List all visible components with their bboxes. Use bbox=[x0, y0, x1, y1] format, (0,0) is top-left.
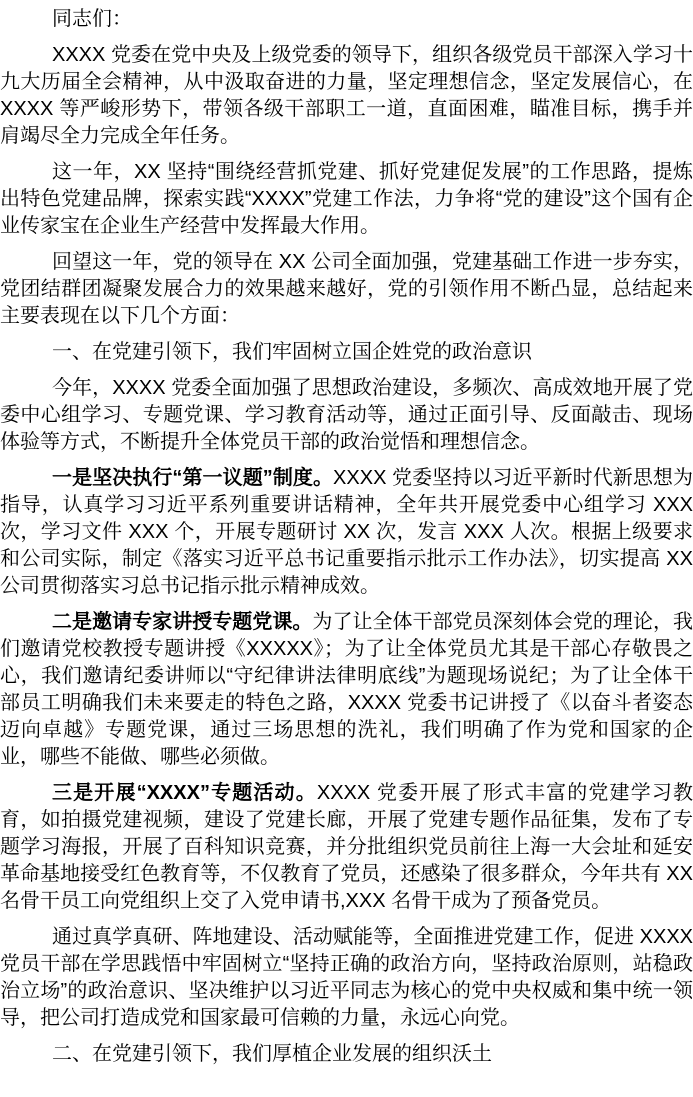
document-page: 同志们： XXXX 党委在党中央及上级党委的领导下，组织各级党员干部深入学习十九… bbox=[0, 0, 693, 1097]
paragraph-year-review: 回望这一年，党的领导在 XX 公司全面加强，党建基础工作进一步夯实，党团结群团凝… bbox=[0, 249, 693, 330]
salutation: 同志们： bbox=[0, 6, 693, 33]
paragraph-second-item: 二是邀请专家讲授专题党课。为了让全体干部党员深刻体会党的理论，我们邀请党校教授专… bbox=[0, 609, 693, 771]
paragraph-work-approach: 这一年，XX 坚持“围绕经营抓党建、抓好党建促发展”的工作思路，提炼出特色党建品… bbox=[0, 159, 693, 240]
section-heading-1: 一、在党建引领下，我们牢固树立国企姓党的政治意识 bbox=[0, 339, 693, 366]
paragraph-second-item-lead: 二是邀请专家讲授专题党课。 bbox=[52, 611, 312, 633]
paragraph-third-item-lead: 三是开展“XXXX”专题活动。 bbox=[52, 782, 317, 804]
paragraph-third-item: 三是开展“XXXX”专题活动。XXXX 党委开展了形式丰富的党建学习教育，如拍摄… bbox=[0, 780, 693, 915]
paragraph-intro-overview: XXXX 党委在党中央及上级党委的领导下，组织各级党员干部深入学习十九大历届全会… bbox=[0, 42, 693, 150]
paragraph-first-item-lead: 一是坚决执行“第一议题”制度。 bbox=[52, 467, 333, 489]
paragraph-summary: 通过真学真研、阵地建设、活动赋能等，全面推进党建工作，促进 XXXX 党员干部在… bbox=[0, 924, 693, 1032]
section-heading-2: 二、在党建引领下，我们厚植企业发展的组织沃土 bbox=[0, 1041, 693, 1068]
paragraph-first-item: 一是坚决执行“第一议题”制度。XXXX 党委坚持以习近平新时代新思想为指导，认真… bbox=[0, 465, 693, 600]
paragraph-political-construction: 今年，XXXX 党委全面加强了思想政治建设，多频次、高成效地开展了党委中心组学习… bbox=[0, 375, 693, 456]
paragraph-second-item-text: 为了让全体干部党员深刻体会党的理论，我们邀请党校教授专题讲授《XXXXX》；为了… bbox=[0, 611, 693, 768]
